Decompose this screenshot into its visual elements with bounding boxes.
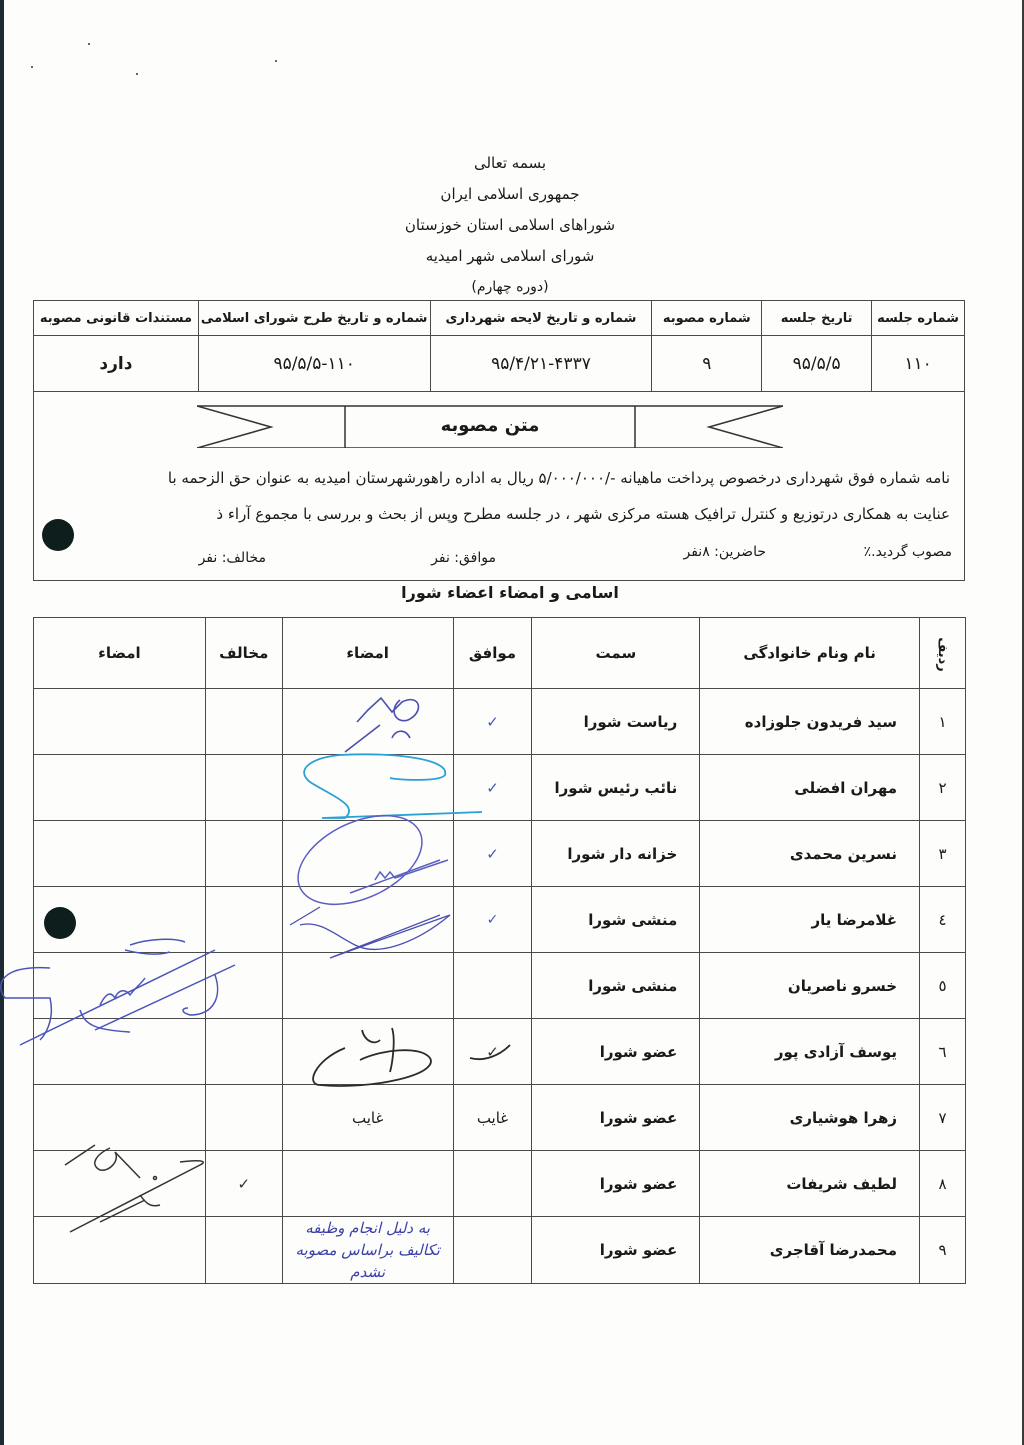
member-number: ٦ [920, 1019, 966, 1085]
member-number: ٥ [920, 953, 966, 1019]
resolution-banner: متن مصوبه [197, 404, 783, 448]
col-municipality-bill: شماره و تاریخ لایحه شهرداری [430, 301, 652, 336]
members-header-row: ردیف نام ونام خانوادگی سمت موافق امضاء م… [34, 618, 966, 689]
agree-signature [282, 953, 453, 1019]
member-number: ۱ [920, 689, 966, 755]
agree-check: ✓ [453, 821, 532, 887]
member-role: نائب رئیس شورا [532, 755, 700, 821]
member-name: یوسف آزادی پور [700, 1019, 920, 1085]
resolution-line-2: عنایت به همکاری درتوزیع و کنترل ترافیک ه… [40, 496, 950, 532]
member-number: ۷ [920, 1085, 966, 1151]
agree-check: ✓ [453, 887, 532, 953]
member-role: خزانه دار شورا [532, 821, 700, 887]
municipality-bill-value: ۹۵/۴/۲۱-۴۳۳۷ [430, 336, 652, 392]
agree-check: ✓ [453, 1019, 532, 1085]
oppose-mark [205, 1217, 282, 1284]
scan-speck [31, 66, 33, 68]
col-oppose: مخالف [205, 618, 282, 689]
member-row: ۲ مهران افضلی نائب رئیس شورا ✓ [34, 755, 966, 821]
member-name: مهران افضلی [700, 755, 920, 821]
members-title: اسامی و امضاء اعضاء شورا [300, 583, 720, 602]
scan-speck [88, 43, 90, 45]
oppose-mark [205, 1085, 282, 1151]
resolution-number-value: ۹ [652, 336, 762, 392]
member-role: منشی شورا [532, 887, 700, 953]
agree-check: ✓ [453, 689, 532, 755]
resolution-line-1: نامه شماره فوق شهرداری درخصوص پرداخت ماه… [40, 460, 950, 496]
heading-line-5: (دوره چهارم) [330, 272, 690, 303]
col-agree: موافق [453, 618, 532, 689]
document-heading: بسمه تعالی جمهوری اسلامی ایران شوراهای ا… [330, 148, 690, 303]
member-number: ٤ [920, 887, 966, 953]
col-session-number: شماره جلسه [872, 301, 965, 336]
col-role: سمت [532, 618, 700, 689]
col-oppose-signature: امضاء [34, 618, 206, 689]
agree-signature [282, 1151, 453, 1217]
member-name: سید فریدون جلوزاده [700, 689, 920, 755]
legal-basis-value: دارد [34, 336, 199, 392]
scan-edge-left [0, 0, 4, 1445]
oppose-count: مخالف: نفر [199, 550, 266, 566]
agree-signature [282, 821, 453, 887]
present-count: حاضرین: ۸نفر [684, 544, 767, 560]
col-name: نام ونام خانوادگی [700, 618, 920, 689]
member-row: ٦ یوسف آزادی پور عضو شورا ✓ [34, 1019, 966, 1085]
oppose-signature [34, 1085, 206, 1151]
agree-check [453, 1151, 532, 1217]
member-row: ٤ غلامرضا یار منشی شورا ✓ [34, 887, 966, 953]
member-number: ۳ [920, 821, 966, 887]
member-number: ۹ [920, 1217, 966, 1284]
member-role: عضو شورا [532, 1085, 700, 1151]
oppose-mark [205, 953, 282, 1019]
agree-signature [282, 887, 453, 953]
member-row: ۳ نسرین محمدی خزانه دار شورا ✓ [34, 821, 966, 887]
agree-signature [282, 1019, 453, 1085]
council-plan-value: ۹۵/۵/۵-۱۱۰ [198, 336, 430, 392]
approved-label: مصوب گردید.٪ [864, 544, 952, 560]
oppose-mark [205, 1019, 282, 1085]
col-row-label: ردیف [935, 637, 950, 672]
heading-line-4: شورای اسلامی شهر امیدیه [330, 241, 690, 272]
oppose-mark [205, 689, 282, 755]
info-table: شماره جلسه تاریخ جلسه شماره مصوبه شماره … [33, 300, 965, 581]
ink-blot [42, 519, 74, 551]
members-table: ردیف نام ونام خانوادگی سمت موافق امضاء م… [33, 617, 966, 1284]
member-name: زهرا هوشیاری [700, 1085, 920, 1151]
member-row: ۱ سید فریدون جلوزاده ریاست شورا ✓ [34, 689, 966, 755]
col-council-plan: شماره و تاریخ طرح شورای اسلامی [198, 301, 430, 336]
info-header-row: شماره جلسه تاریخ جلسه شماره مصوبه شماره … [34, 301, 965, 336]
col-session-date: تاریخ جلسه [762, 301, 872, 336]
resolution-box: متن مصوبه نامه شماره فوق شهرداری درخصوص … [34, 392, 965, 581]
col-legal-basis: مستندات قانونی مصوبه [34, 301, 199, 336]
member-role: ریاست شورا [532, 689, 700, 755]
agree-signature [282, 755, 453, 821]
resolution-stats: مصوب گردید.٪ حاضرین: ۸نفر موافق: نفر مخا… [34, 544, 966, 574]
member-number: ۸ [920, 1151, 966, 1217]
signature-absent: غایب [282, 1085, 453, 1151]
member-row: ٥ خسرو ناصریان منشی شورا [34, 953, 966, 1019]
resolution-text: نامه شماره فوق شهرداری درخصوص پرداخت ماه… [40, 460, 950, 532]
session-date-value: ۹۵/۵/۵ [762, 336, 872, 392]
oppose-signature [34, 1151, 206, 1217]
oppose-check: ✓ [205, 1151, 282, 1217]
member-row: ۸ لطیف شریفات عضو شورا ✓ [34, 1151, 966, 1217]
col-row: ردیف [920, 618, 966, 689]
heading-line-2: جمهوری اسلامی ایران [330, 179, 690, 210]
member-row: ۷ زهرا هوشیاری عضو شورا غایب غایب [34, 1085, 966, 1151]
resolution-title: متن مصوبه [345, 404, 635, 448]
oppose-signature [34, 755, 206, 821]
scan-speck [275, 60, 277, 62]
handwritten-note: به دلیل انجام وظیفه تکالیف براساس مصوبه … [282, 1217, 453, 1284]
heading-line-1: بسمه تعالی [330, 148, 690, 179]
oppose-mark [205, 887, 282, 953]
oppose-signature [34, 821, 206, 887]
member-role: عضو شورا [532, 1019, 700, 1085]
col-agree-signature: امضاء [282, 618, 453, 689]
agree-signature [282, 689, 453, 755]
session-number-value: ۱۱۰ [872, 336, 965, 392]
ink-blot [44, 907, 76, 939]
member-role: عضو شورا [532, 1151, 700, 1217]
oppose-signature [34, 1019, 206, 1085]
agree-absent: غایب [453, 1085, 532, 1151]
oppose-mark [205, 821, 282, 887]
oppose-signature [34, 1217, 206, 1284]
oppose-signature [34, 689, 206, 755]
member-row: ۹ محمدرضا آقاجری عضو شورا به دلیل انجام … [34, 1217, 966, 1284]
heading-line-3: شوراهای اسلامی استان خوزستان [330, 210, 690, 241]
member-role: منشی شورا [532, 953, 700, 1019]
scan-speck [136, 73, 138, 75]
agree-check: ✓ [453, 755, 532, 821]
agree-count: موافق: نفر [431, 550, 496, 566]
member-name: غلامرضا یار [700, 887, 920, 953]
member-name: نسرین محمدی [700, 821, 920, 887]
agree-check [453, 1217, 532, 1284]
col-resolution-number: شماره مصوبه [652, 301, 762, 336]
info-value-row: ۱۱۰ ۹۵/۵/۵ ۹ ۹۵/۴/۲۱-۴۳۳۷ ۹۵/۵/۵-۱۱۰ دار… [34, 336, 965, 392]
oppose-mark [205, 755, 282, 821]
member-name: محمدرضا آقاجری [700, 1217, 920, 1284]
oppose-signature [34, 953, 206, 1019]
member-role: عضو شورا [532, 1217, 700, 1284]
agree-check [453, 953, 532, 1019]
member-name: خسرو ناصریان [700, 953, 920, 1019]
member-name: لطیف شریفات [700, 1151, 920, 1217]
member-number: ۲ [920, 755, 966, 821]
